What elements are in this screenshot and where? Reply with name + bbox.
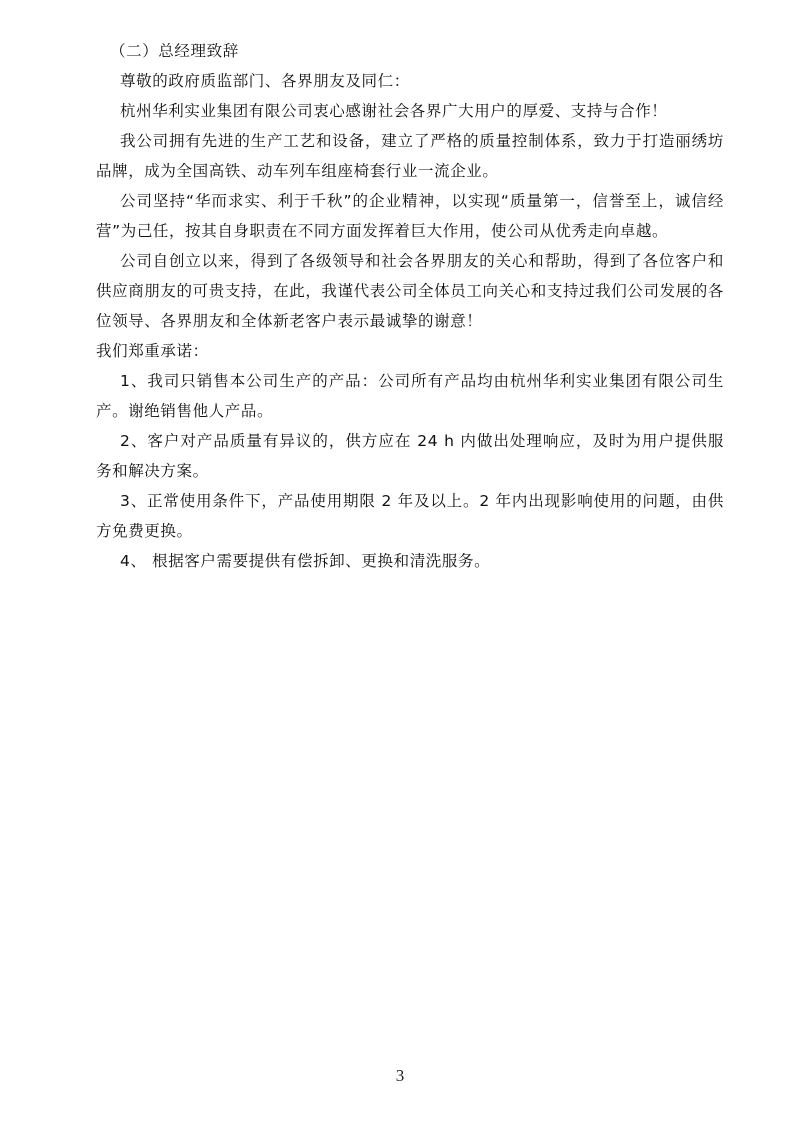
paragraph-thanks: 杭州华利实业集团有限公司衷心感谢社会各界广大用户的厚爱、支持与合作！ — [96, 96, 724, 126]
salutation: 尊敬的政府质监部门、各界朋友及同仁： — [96, 66, 724, 96]
commitment-item-3: 3、正常使用条件下，产品使用期限 2 年及以上。2 年内出现影响使用的问题，由供… — [96, 486, 724, 546]
commitment-text: 4、 根据客户需要提供有偿拆卸、更换和清洗服务。 — [96, 552, 490, 570]
paragraph-text: 我公司拥有先进的生产工艺和设备，建立了严格的质量控制体系，致力于打造丽绣坊品牌，… — [96, 132, 724, 180]
commitment-text: 2、客户对产品质量有异议的，供方应在 24 h 内做出处理响应，及时为用户提供服… — [96, 432, 724, 480]
paragraph-spirit: 公司坚持“华而求实、利于千秋”的企业精神，以实现“质量第一，信誉至上，诚信经营”… — [96, 186, 724, 246]
commitment-text: 1、我司只销售本公司生产的产品：公司所有产品均由杭州华利实业集团有限公司生产。谢… — [96, 372, 724, 420]
paragraph-capabilities: 我公司拥有先进的生产工艺和设备，建立了严格的质量控制体系，致力于打造丽绣坊品牌，… — [96, 126, 724, 186]
document-page: （二）总经理致辞 尊敬的政府质监部门、各界朋友及同仁： 杭州华利实业集团有限公司… — [96, 36, 724, 576]
commitment-item-4: 4、 根据客户需要提供有偿拆卸、更换和清洗服务。 — [96, 546, 724, 576]
page-number: 3 — [0, 1066, 800, 1086]
paragraph-text: 公司坚持“华而求实、利于千秋”的企业精神，以实现“质量第一，信誉至上，诚信经营”… — [96, 192, 724, 240]
paragraph-gratitude: 公司自创立以来，得到了各级领导和社会各界朋友的关心和帮助，得到了各位客户和供应商… — [96, 246, 724, 336]
commitment-intro: 我们郑重承诺： — [96, 336, 724, 366]
commitment-text: 3、正常使用条件下，产品使用期限 2 年及以上。2 年内出现影响使用的问题，由供… — [96, 492, 724, 540]
commitment-item-2: 2、客户对产品质量有异议的，供方应在 24 h 内做出处理响应，及时为用户提供服… — [96, 426, 724, 486]
commitment-item-1: 1、我司只销售本公司生产的产品：公司所有产品均由杭州华利实业集团有限公司生产。谢… — [96, 366, 724, 426]
paragraph-text: 公司自创立以来，得到了各级领导和社会各界朋友的关心和帮助，得到了各位客户和供应商… — [96, 252, 724, 330]
section-heading: （二）总经理致辞 — [96, 36, 724, 66]
